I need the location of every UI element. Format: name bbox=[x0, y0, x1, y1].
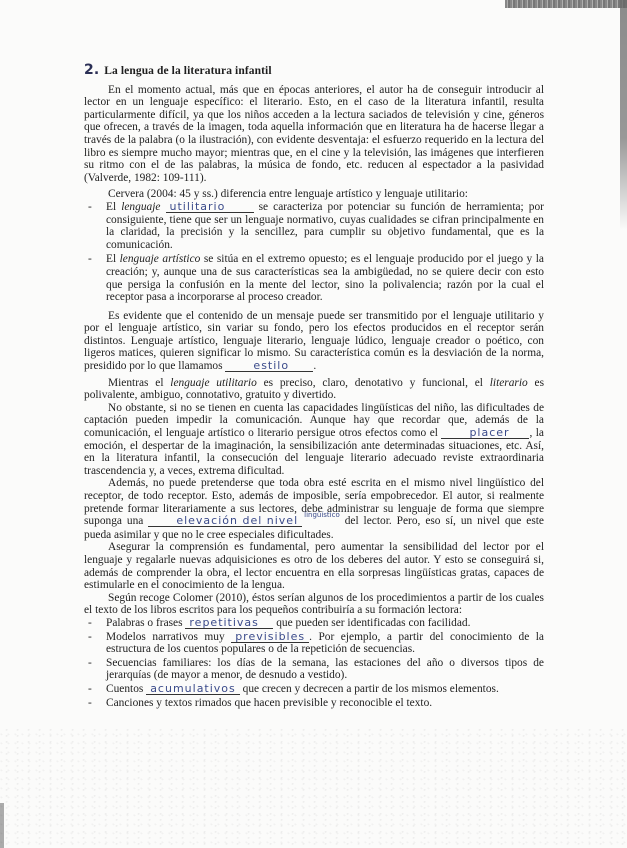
emphasis-term: lenguaje utilitario bbox=[170, 377, 257, 389]
list-item-canciones: Canciones y textos rimados que hacen pre… bbox=[106, 697, 544, 710]
section-number: 2. bbox=[84, 62, 99, 78]
section-title: La lengua de la literatura infantil bbox=[104, 65, 271, 77]
paragraph-cervera: Cervera (2004: 45 y ss.) diferencia entr… bbox=[84, 188, 544, 201]
handwritten-answer: acumulativos bbox=[146, 683, 240, 695]
list-item-repetitivas: Palabras o frases repetitivas que pueden… bbox=[106, 617, 544, 630]
item-text: Cuentos bbox=[106, 683, 146, 695]
item-text: Secuencias familiares: los días de la se… bbox=[106, 657, 544, 682]
item-text: Canciones y textos rimados que hacen pre… bbox=[106, 697, 432, 709]
item-text: Modelos narrativos muy bbox=[106, 631, 231, 643]
paragraph-intro: En el momento actual, más que en épocas … bbox=[84, 84, 544, 185]
paragraph-no-obstante: No obstante, si no se tienen en cuenta l… bbox=[84, 402, 544, 478]
list-item-previsibles: Modelos narrativos muy previsibles. Por … bbox=[106, 631, 544, 656]
handwritten-answer: elevación del nivel bbox=[148, 515, 302, 527]
list-item-secuencias: Secuencias familiares: los días de la se… bbox=[106, 657, 544, 682]
paragraph-ademas: Además, no puede pretenderse que toda ob… bbox=[84, 477, 544, 541]
procedures-list: Palabras o frases repetitivas que pueden… bbox=[84, 617, 544, 709]
emphasis-term: literario bbox=[490, 377, 528, 389]
handwritten-answer: placer bbox=[441, 427, 529, 439]
paragraph-colomer: Según recoge Colomer (2010), éstos sería… bbox=[84, 592, 544, 617]
handwritten-answer: estilo bbox=[225, 360, 313, 372]
paragraph-text: Mientras el bbox=[108, 377, 170, 389]
list-item-acumulativos: Cuentos acumulativos que crecen y decrec… bbox=[106, 683, 544, 696]
handwritten-note: lingüístico bbox=[304, 511, 340, 519]
scan-edge-shadow bbox=[620, 0, 627, 230]
item-text: Palabras o frases bbox=[106, 617, 185, 629]
handwritten-answer: previsibles bbox=[231, 631, 309, 643]
handwritten-answer: repetitivas bbox=[185, 617, 273, 629]
item-text: que crecen y decrecen a partir de los mi… bbox=[240, 683, 499, 695]
handwritten-answer: utilitario bbox=[166, 201, 254, 213]
document-page: 2. La lengua de la literatura infantil E… bbox=[84, 64, 544, 715]
paragraph-text: es preciso, claro, denotativo y funciona… bbox=[257, 377, 490, 389]
paragraph-asegurar: Asegurar la comprensión es fundamental, … bbox=[84, 541, 544, 591]
scan-noise bbox=[0, 728, 627, 848]
scan-corner-shadow bbox=[505, 0, 627, 8]
section-heading: 2. La lengua de la literatura infantil bbox=[84, 64, 544, 78]
list-item-artistico: El lenguaje artístico se sitúa en el ext… bbox=[106, 253, 544, 303]
item-prefix: El bbox=[106, 201, 121, 213]
item-term: lenguaje artístico bbox=[120, 253, 201, 265]
item-text: que pueden ser identificadas con facilid… bbox=[273, 617, 470, 629]
paragraph-contenido: Es evidente que el contenido de un mensa… bbox=[84, 310, 544, 373]
item-prefix: El bbox=[106, 253, 120, 265]
item-term: lenguaje bbox=[121, 201, 160, 213]
language-types-list: El lenguaje utilitario se caracteriza po… bbox=[84, 201, 544, 304]
paragraph-text: . bbox=[313, 360, 316, 372]
list-item-utilitario: El lenguaje utilitario se caracteriza po… bbox=[106, 201, 544, 251]
paragraph-mientras: Mientras el lenguaje utilitario es preci… bbox=[84, 377, 544, 402]
